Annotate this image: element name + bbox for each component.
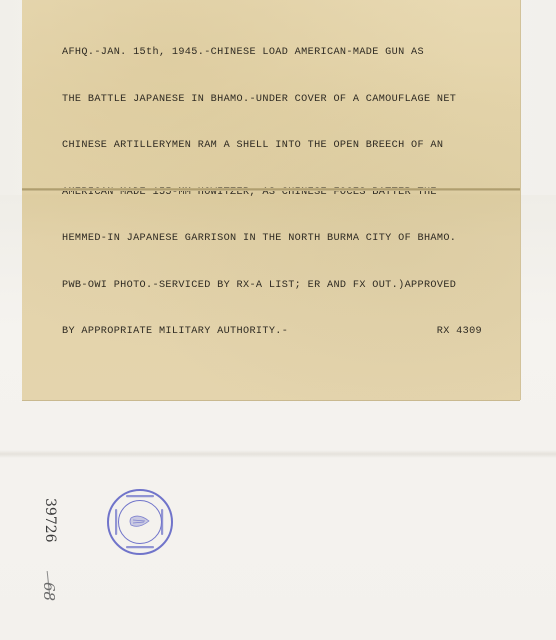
caption-line: AFHQ.-JAN. 15th, 1945.-CHINESE LOAD AMER… xyxy=(62,45,492,61)
authority-note: BY APPROPRIATE MILITARY AUTHORITY.- xyxy=(62,324,288,340)
reference-number: RX 4309 xyxy=(437,324,482,340)
caption-slip: AFHQ.-JAN. 15th, 1945.-CHINESE LOAD AMER… xyxy=(22,0,520,400)
caption-line: HEMMED-IN JAPANESE GARRISON IN THE NORTH… xyxy=(62,231,492,247)
caption-line: THE BATTLE JAPANESE IN BHAMO.-UNDER COVE… xyxy=(62,92,492,108)
caption-text: AFHQ.-JAN. 15th, 1945.-CHINESE LOAD AMER… xyxy=(62,14,492,371)
caption-last-line: BY APPROPRIATE MILITARY AUTHORITY.- RX 4… xyxy=(62,324,482,340)
handwritten-number: 68 xyxy=(40,582,58,601)
handwritten-id-number: 39726 xyxy=(42,498,58,543)
caption-line: CHINESE ARTILLERYMEN RAM A SHELL INTO TH… xyxy=(62,138,492,154)
archive-stamp xyxy=(107,489,173,555)
arrowhead-emblem-icon xyxy=(109,491,171,553)
caption-line: AMERICAN MADE 155-MM HOWITZER, AS CHINES… xyxy=(62,185,492,201)
caption-line: PWB-OWI PHOTO.-SERVICED BY RX-A LIST; ER… xyxy=(62,278,492,294)
